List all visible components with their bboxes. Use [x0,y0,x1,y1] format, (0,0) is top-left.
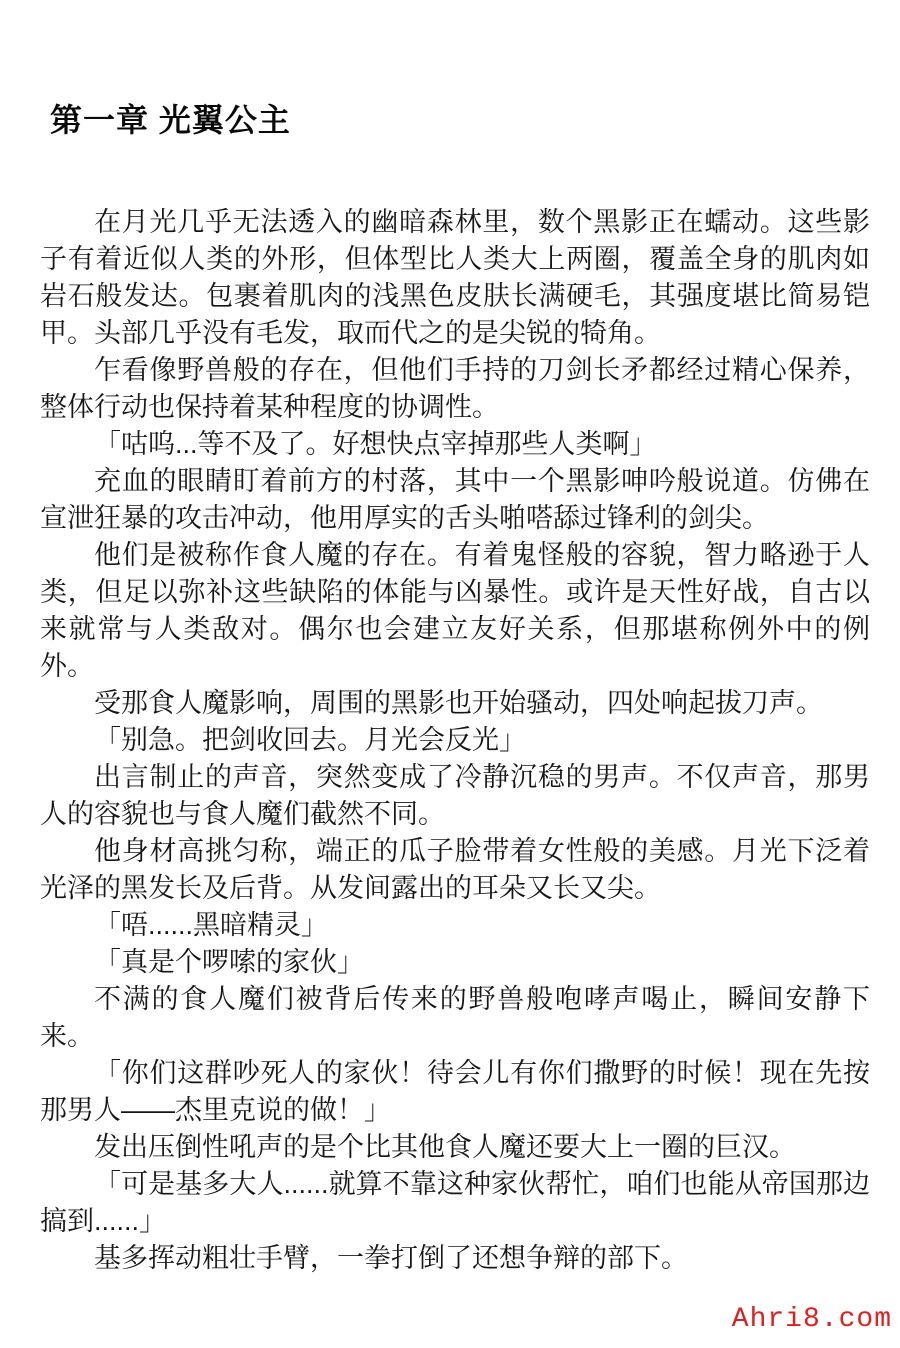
site-watermark: Ahri8.com [732,1305,892,1335]
chapter-title: 第一章 光翼公主 [0,0,900,137]
dialogue-line: 「真是个啰嗦的家伙」 [40,944,870,981]
paragraph: 乍看像野兽般的存在，但他们手持的刀剑长矛都经过精心保养，整体行动也保持着某种程度… [40,352,870,426]
dialogue-line: 「可是基多大人......就算不靠这种家伙帮忙，咱们也能从帝国那边搞到.....… [40,1166,870,1240]
dialogue-line: 「唔......黑暗精灵」 [40,907,870,944]
paragraph: 基多挥动粗壮手臂，一拳打倒了还想争辩的部下。 [40,1240,870,1277]
paragraph: 不满的食人魔们被背后传来的野兽般咆哮声喝止，瞬间安静下来。 [40,981,870,1055]
paragraph: 他们是被称作食人魔的存在。有着鬼怪般的容貌，智力略逊于人类，但足以弥补这些缺陷的… [40,537,870,685]
dialogue-line: 「你们这群吵死人的家伙！待会儿有你们撒野的时候！现在先按那男人——杰里克说的做！… [40,1055,870,1129]
chapter-body: 在月光几乎无法透入的幽暗森林里，数个黑影正在蠕动。这些影子有着近似人类的外形，但… [0,204,900,1277]
novel-page: 第一章 光翼公主 在月光几乎无法透入的幽暗森林里，数个黑影正在蠕动。这些影子有着… [0,0,900,1348]
paragraph: 他身材高挑匀称，端正的瓜子脸带着女性般的美感。月光下泛着光泽的黑发长及后背。从发… [40,833,870,907]
paragraph: 出言制止的声音，突然变成了冷静沉稳的男声。不仅声音，那男人的容貌也与食人魔们截然… [40,759,870,833]
paragraph: 充血的眼睛盯着前方的村落，其中一个黑影呻吟般说道。仿佛在宣泄狂暴的攻击冲动，他用… [40,463,870,537]
paragraph: 在月光几乎无法透入的幽暗森林里，数个黑影正在蠕动。这些影子有着近似人类的外形，但… [40,204,870,352]
dialogue-line: 「咕呜...等不及了。好想快点宰掉那些人类啊」 [40,426,870,463]
paragraph: 受那食人魔影响，周围的黑影也开始骚动，四处响起拔刀声。 [40,685,870,722]
dialogue-line: 「别急。把剑收回去。月光会反光」 [40,722,870,759]
paragraph: 发出压倒性吼声的是个比其他食人魔还要大上一圈的巨汉。 [40,1129,870,1166]
